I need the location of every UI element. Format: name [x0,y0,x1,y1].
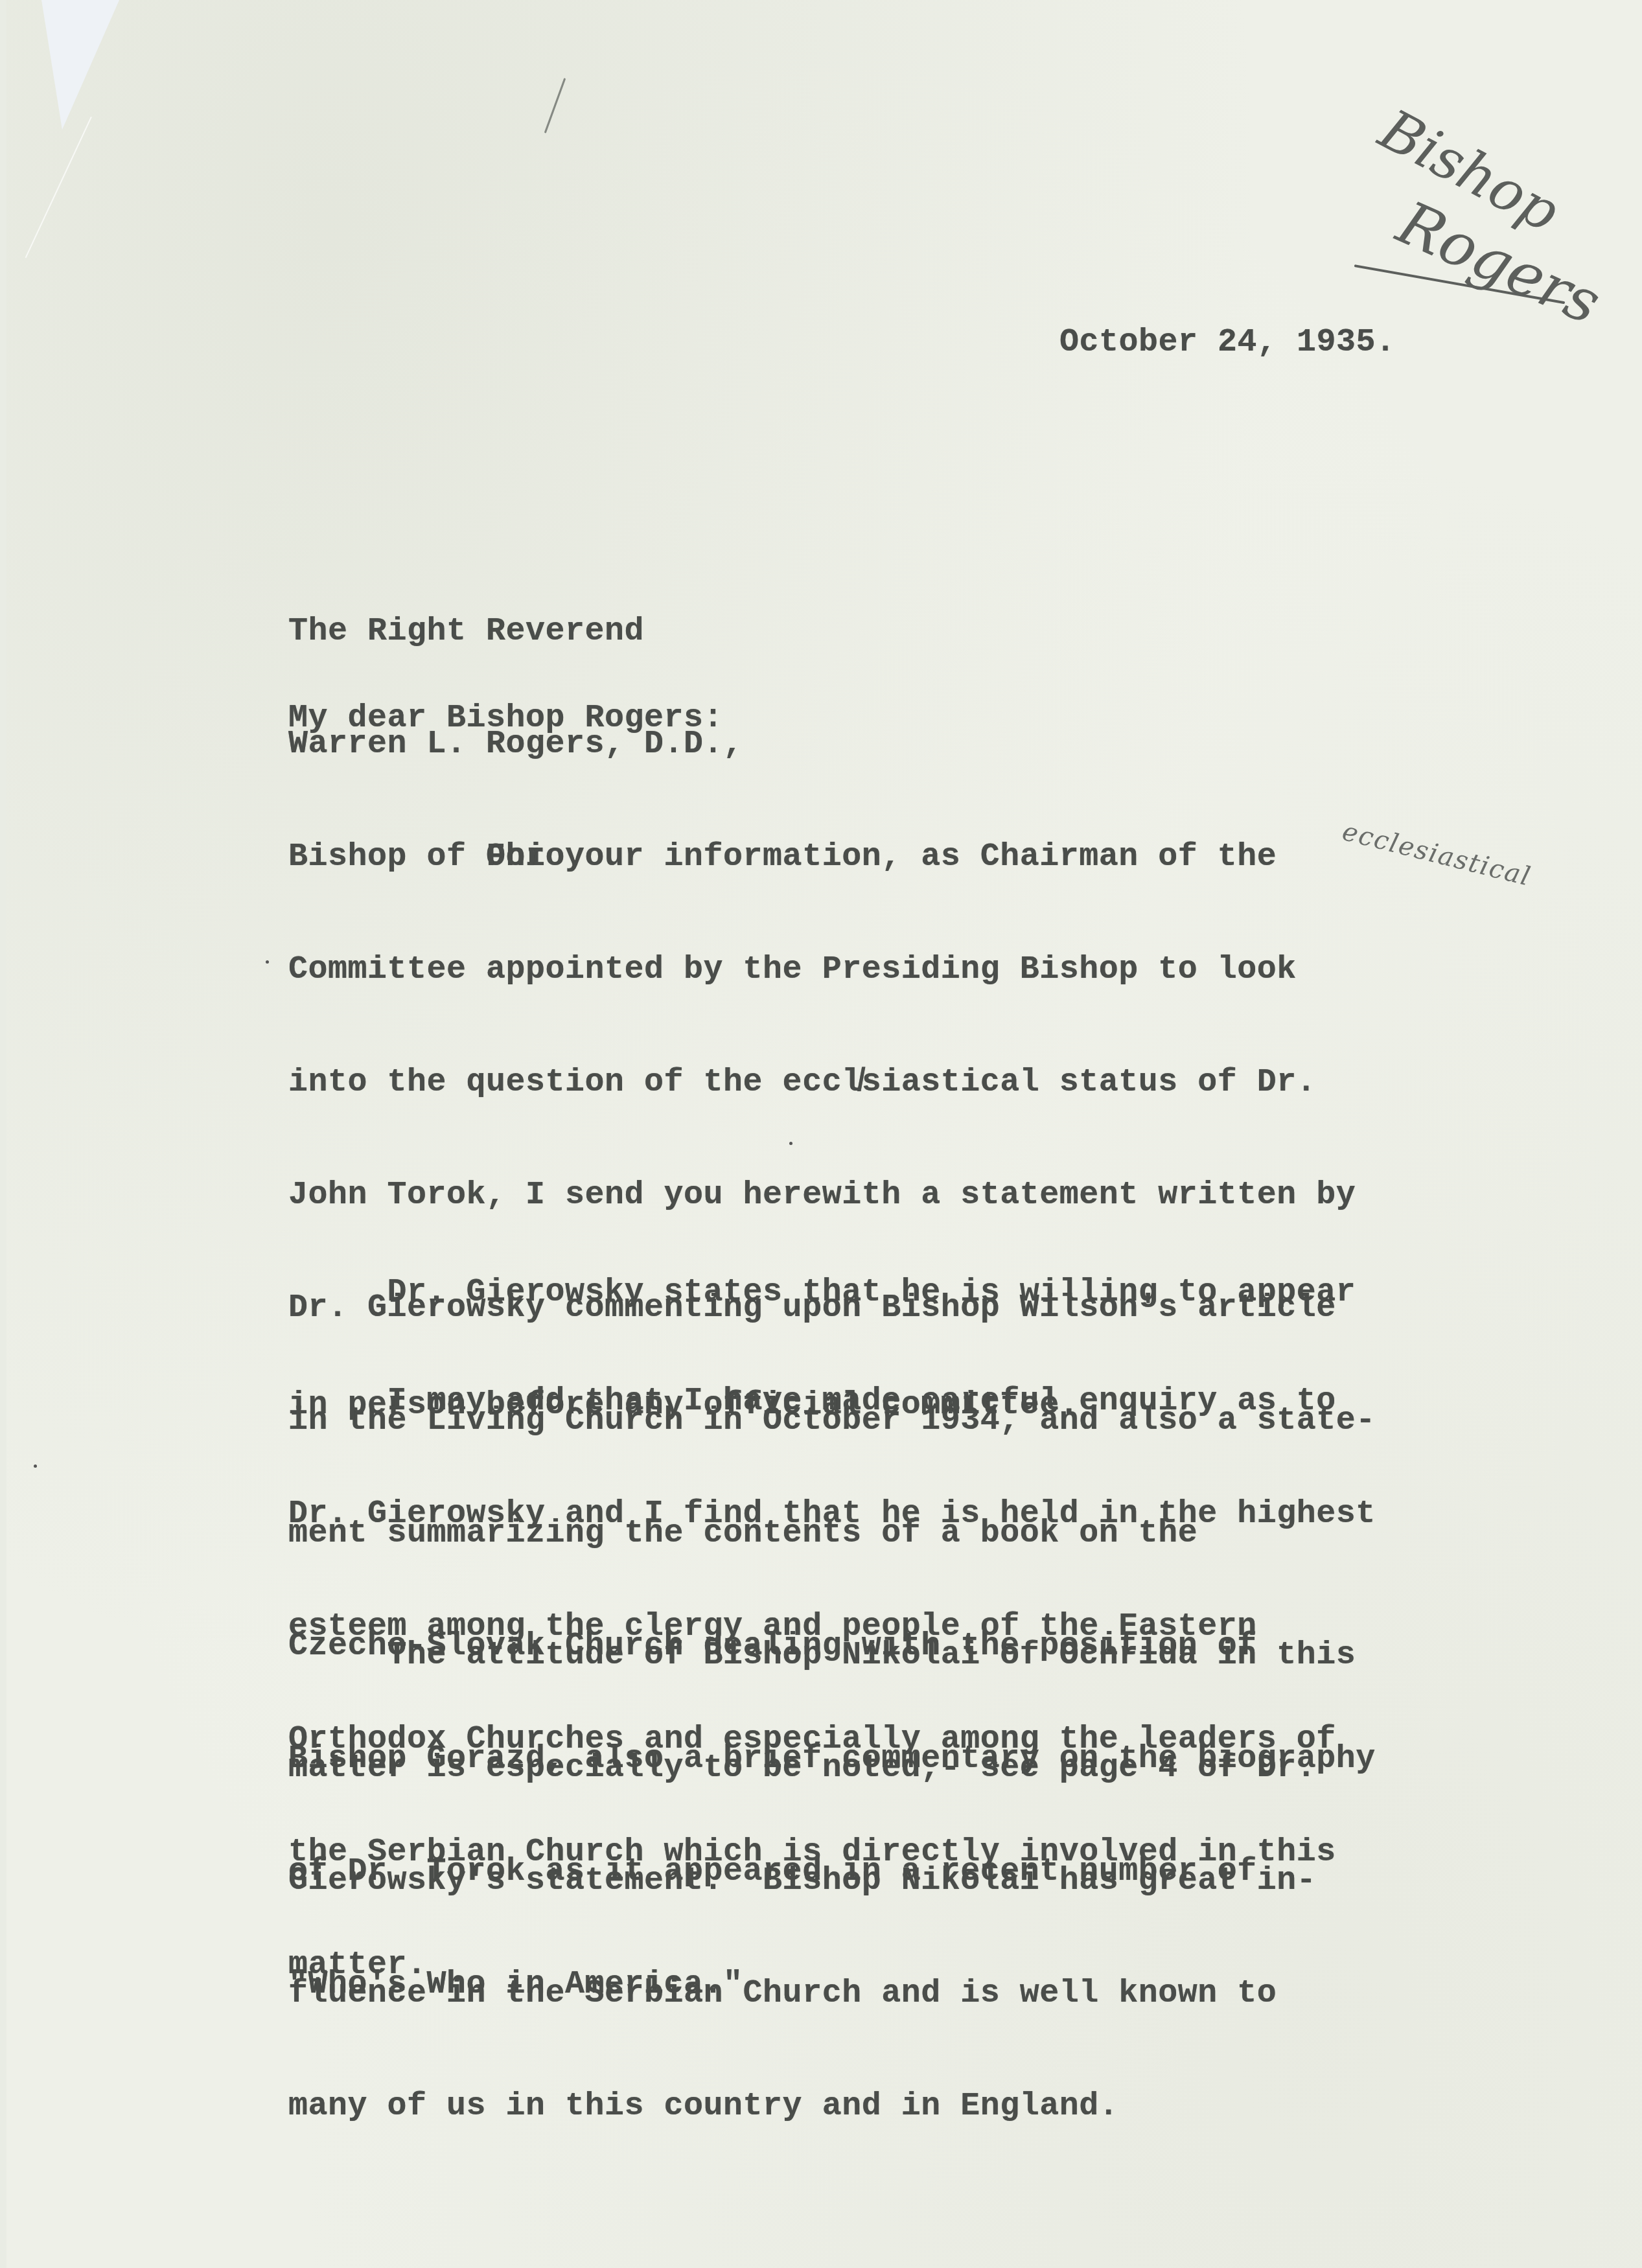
paragraph-line: Dr. Gierowsky and I find that he is held… [288,1496,1376,1533]
paragraph-4: The attitude of Bishop Nikolai of Ochrid… [288,1562,1356,2201]
paragraph-line: fluence in the Serbian Church and is wel… [288,1975,1356,2013]
ink-speck [266,960,269,964]
paragraph-line: into the question of the eccl̸siastical … [288,1064,1376,1102]
paragraph-line: I may add that I have made careful enqui… [288,1383,1376,1420]
letter-date: October 24, 1935. [1059,324,1396,362]
paper-crease [25,117,92,258]
recipient-title: The Right Reverend [288,613,743,651]
paragraph-line: Dr. Gierowsky states that he is willing … [288,1274,1356,1312]
paragraph-line: For your information, as Chairman of the [288,839,1376,876]
ink-speck [34,1464,37,1468]
paragraph-line: Gierowsky's statement. Bishop Nikolai ha… [288,1862,1356,1900]
salutation: My dear Bishop Rogers: [288,700,723,737]
paragraph-line: The attitude of Bishop Nikolai of Ochrid… [288,1637,1356,1674]
pencil-mark [544,78,566,133]
torn-corner [23,0,119,130]
paragraph-line: Committee appointed by the Presiding Bis… [288,951,1376,989]
paragraph-line: matter is especially to be noted,- see p… [288,1750,1356,1787]
paragraph-line: many of us in this country and in Englan… [288,2088,1356,2125]
ink-speck [557,1876,561,1879]
letter-page: Bishop Rogers October 24, 1935. The Righ… [6,0,1642,2268]
ink-speck [789,1142,792,1145]
